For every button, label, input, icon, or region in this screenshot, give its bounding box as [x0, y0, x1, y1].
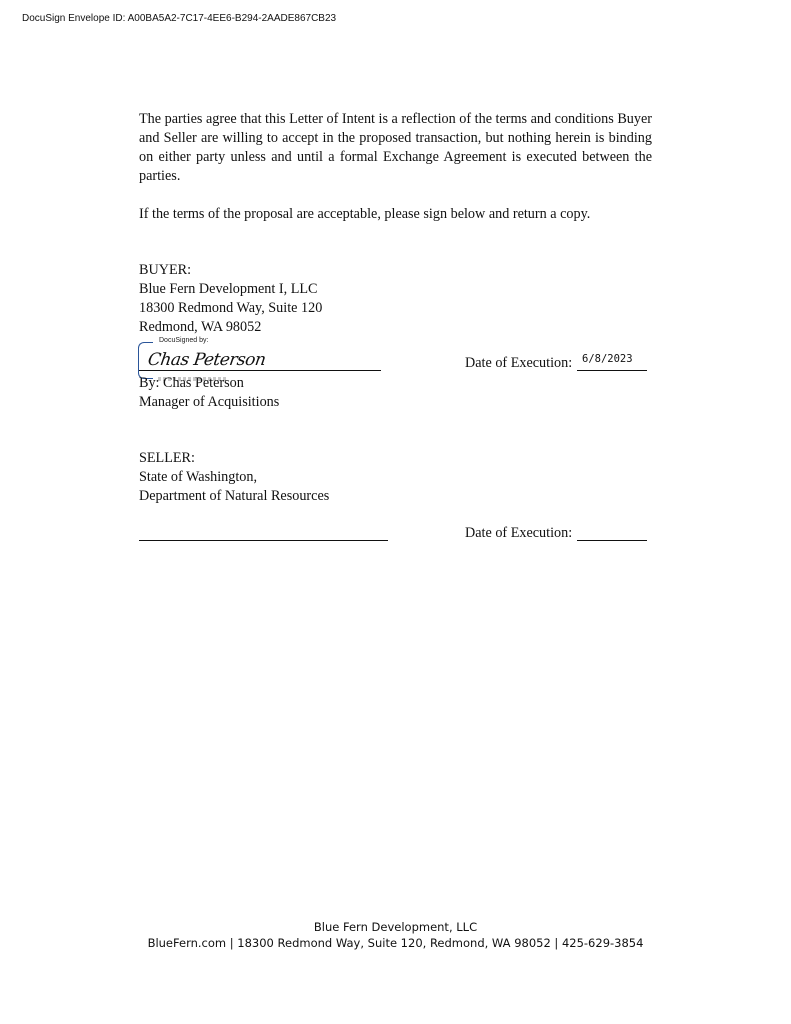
intent-paragraph: The parties agree that this Letter of In…: [139, 110, 652, 186]
buyer-title: Manager of Acquisitions: [139, 393, 279, 412]
buyer-signature: Chas Peterson: [147, 350, 267, 370]
sign-instruction-paragraph: If the terms of the proposal are accepta…: [139, 205, 652, 224]
docusigned-by-label: DocuSigned by:: [157, 337, 210, 344]
buyer-date-line: [577, 370, 647, 371]
buyer-signature-line: [139, 370, 381, 371]
buyer-company: Blue Fern Development I, LLC: [139, 280, 318, 299]
buyer-date-label: Date of Execution:: [465, 354, 572, 373]
seller-line-1: State of Washington,: [139, 468, 257, 487]
footer-company: Blue Fern Development, LLC: [0, 920, 791, 934]
seller-date-label: Date of Execution:: [465, 524, 572, 543]
buyer-address-line-2: Redmond, WA 98052: [139, 318, 261, 337]
seller-line-2: Department of Natural Resources: [139, 487, 329, 506]
footer-contact: BlueFern.com | 18300 Redmond Way, Suite …: [0, 936, 791, 950]
seller-date-line[interactable]: [577, 540, 647, 541]
docusign-envelope-id: DocuSign Envelope ID: A00BA5A2-7C17-4EE6…: [22, 13, 336, 24]
buyer-date-value: 6/8/2023: [582, 353, 633, 365]
buyer-signed-by: By: Chas Peterson: [139, 374, 244, 393]
seller-heading: SELLER:: [139, 449, 195, 468]
buyer-heading: BUYER:: [139, 261, 191, 280]
seller-signature-line[interactable]: [139, 540, 388, 541]
buyer-address-line-1: 18300 Redmond Way, Suite 120: [139, 299, 322, 318]
